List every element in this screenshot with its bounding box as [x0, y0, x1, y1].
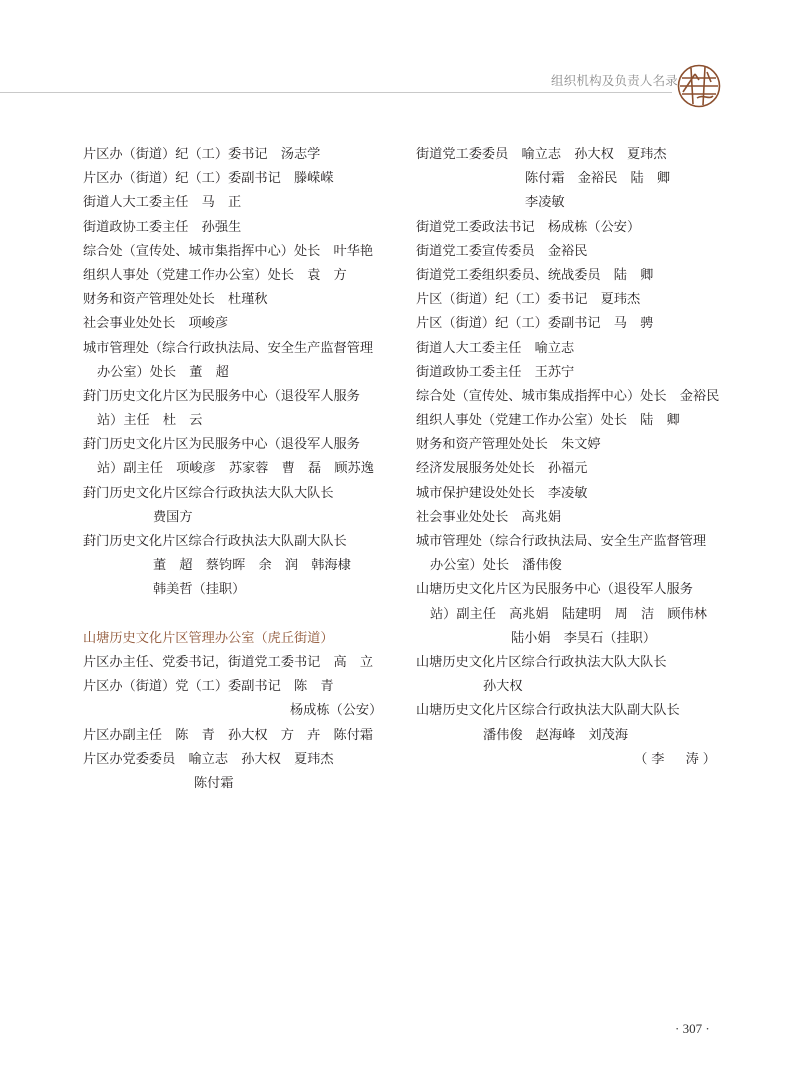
section-title: 山塘历史文化片区管理办公室（虎丘街道） [83, 627, 403, 651]
entry-line-continuation: 陈付霜 [83, 772, 403, 796]
entry-line: 城市管理处（综合行政执法局、安全生产监督管理 [416, 530, 726, 554]
header-rule [0, 92, 672, 93]
section-spacer [83, 603, 403, 627]
entry-line: 财务和资产管理处处长 朱文婷 [416, 433, 726, 457]
entry-line-continuation: 董 超 蔡钧晖 余 润 韩海棣 [83, 554, 403, 578]
entry-line-continuation: 站）主任 杜 云 [83, 409, 403, 433]
entry-line: 街道人大工委主任 喻立志 [416, 337, 726, 361]
entry-line: 街道政协工委主任 王苏宁 [416, 361, 726, 385]
entry-line: 片区办（街道）纪（工）委书记 汤志学 [83, 143, 403, 167]
entry-line: 城市保护建设处处长 李凌敏 [416, 482, 726, 506]
entry-line: 山塘历史文化片区为民服务中心（退役军人服务 [416, 578, 726, 602]
author-signature: （李 涛） [416, 748, 726, 772]
entry-line: 片区办主任、党委书记，街道党工委书记 高 立 [83, 651, 403, 675]
page-number: · 307 · [675, 1021, 710, 1037]
entry-line-continuation: 韩美哲（挂职） [83, 578, 403, 602]
entry-line: 组织人事处（党建工作办公室）处长 袁 方 [83, 264, 403, 288]
entry-line: 社会事业处处长 项峻彦 [83, 312, 403, 336]
entry-line-continuation: 站）副主任 高兆娟 陆建明 周 洁 顾伟林 [416, 603, 726, 627]
entry-line-continuation: 孙大权 [416, 675, 726, 699]
entry-line: 葑门历史文化片区综合行政执法大队大队长 [83, 482, 403, 506]
entry-line: 街道人大工委主任 马 正 [83, 191, 403, 215]
entry-line: 片区办（街道）党（工）委副书记 陈 青 [83, 675, 403, 699]
entry-line: 片区（街道）纪（工）委书记 夏玮杰 [416, 288, 726, 312]
running-header-title: 组织机构及负责人名录 [551, 71, 669, 89]
entry-line: 山塘历史文化片区综合行政执法大队大队长 [416, 651, 726, 675]
entry-line: 组织人事处（党建工作办公室）处长 陆 卿 [416, 409, 726, 433]
entry-line: 葑门历史文化片区综合行政执法大队副大队长 [83, 530, 403, 554]
entry-line: 山塘历史文化片区综合行政执法大队副大队长 [416, 699, 726, 723]
entry-line-continuation: 陆小娟 李昊石（挂职） [416, 627, 726, 651]
entry-line: 街道政协工委主任 孙强生 [83, 216, 403, 240]
entry-line: 社会事业处处长 高兆娟 [416, 506, 726, 530]
entry-line-continuation: 陈付霜 金裕民 陆 卿 [416, 167, 726, 191]
seal-logo-icon [677, 64, 721, 108]
entry-line: 片区办（街道）纪（工）委副书记 滕嵘嵘 [83, 167, 403, 191]
entry-line-continuation: 李凌敏 [416, 191, 726, 215]
right-column: 街道党工委委员 喻立志 孙大权 夏玮杰 陈付霜 金裕民 陆 卿 李凌敏 街道党工… [416, 143, 726, 772]
entry-line: 葑门历史文化片区为民服务中心（退役军人服务 [83, 385, 403, 409]
entry-line: 街道党工委委员 喻立志 孙大权 夏玮杰 [416, 143, 726, 167]
entry-line: 街道党工委宣传委员 金裕民 [416, 240, 726, 264]
entry-line: 街道党工委组织委员、统战委员 陆 卿 [416, 264, 726, 288]
entry-line: 财务和资产管理处处长 杜瑾秋 [83, 288, 403, 312]
entry-line: 城市管理处（综合行政执法局、安全生产监督管理 [83, 337, 403, 361]
entry-line: 街道党工委政法书记 杨成栋（公安） [416, 216, 726, 240]
entry-line: 片区（街道）纪（工）委副书记 马 骋 [416, 312, 726, 336]
entry-line: 片区办副主任 陈 青 孙大权 方 卉 陈付霜 [83, 724, 403, 748]
entry-line-continuation: 办公室）处长 潘伟俊 [416, 554, 726, 578]
entry-line-continuation: 站）副主任 项峻彦 苏家蓉 曹 磊 顾苏逸 [83, 457, 403, 481]
entry-line-continuation: 费国方 [83, 506, 403, 530]
entry-line: 综合处（宣传处、城市集指挥中心）处长 叶华艳 [83, 240, 403, 264]
entry-line: 经济发展服务处处长 孙福元 [416, 457, 726, 481]
entry-line-continuation: 杨成栋（公安） [83, 699, 403, 723]
left-column: 片区办（街道）纪（工）委书记 汤志学 片区办（街道）纪（工）委副书记 滕嵘嵘 街… [83, 143, 403, 796]
entry-line: 综合处（宣传处、城市集成指挥中心）处长 金裕民 [416, 385, 726, 409]
entry-line-continuation: 办公室）处长 董 超 [83, 361, 403, 385]
entry-line: 葑门历史文化片区为民服务中心（退役军人服务 [83, 433, 403, 457]
entry-line: 片区办党委委员 喻立志 孙大权 夏玮杰 [83, 748, 403, 772]
entry-line-continuation: 潘伟俊 赵海峰 刘茂海 [416, 724, 726, 748]
